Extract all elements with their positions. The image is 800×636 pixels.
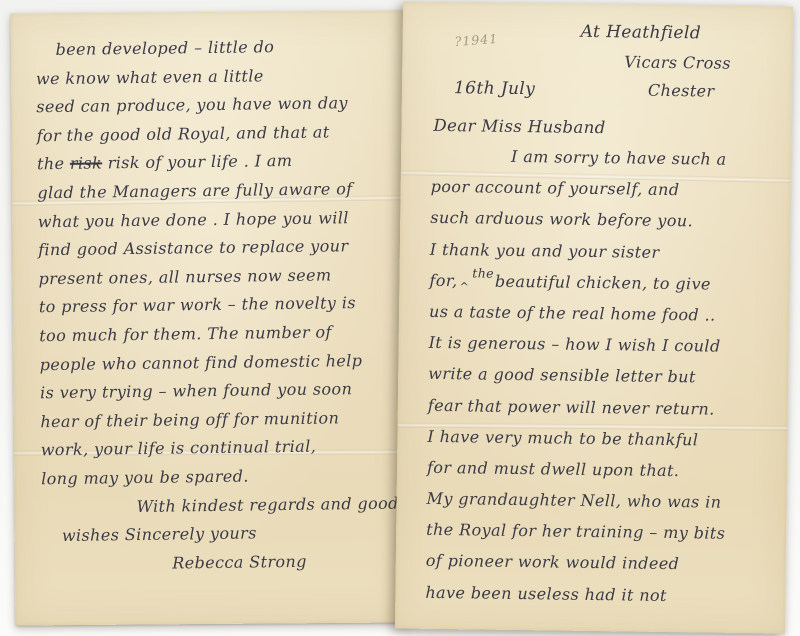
letter-line: present ones, all nurses now seem bbox=[38, 264, 393, 297]
letter-line: find good Assistance to replace your bbox=[38, 236, 393, 269]
letter-body-left: been developed – little do we know what … bbox=[35, 36, 397, 584]
letter-scan: been developed – little do we know what … bbox=[0, 0, 800, 636]
letter-line: we know what even a little bbox=[36, 64, 391, 97]
inserted-word: the bbox=[472, 265, 494, 280]
letter-line: It is generous – how I wish I could bbox=[428, 333, 778, 369]
letter-date: 16th July bbox=[454, 78, 535, 99]
letter-line: what you have done . I hope you will bbox=[38, 207, 393, 240]
letter-line: I am sorry to have such a bbox=[431, 146, 781, 182]
pencil-date-annotation: ?1941 bbox=[454, 31, 499, 49]
letter-line: us a taste of the real home food .. bbox=[429, 302, 779, 338]
letter-line: My grandaughter Nell, who was in bbox=[426, 489, 776, 525]
letter-line: of pioneer work would indeed bbox=[426, 551, 776, 587]
letter-line: long may you be spared. bbox=[41, 465, 396, 498]
letter-line: fear that power will never return. bbox=[428, 395, 778, 431]
letter-page-right: ?1941 At Heathfield Vicars Cross Chester… bbox=[395, 1, 793, 633]
letter-line: glad the Managers are fully aware of bbox=[37, 179, 392, 212]
address-line: Chester bbox=[648, 81, 715, 101]
line-fragment: for, bbox=[429, 271, 457, 290]
letter-line-with-insertion: for,^thebeautiful chicken, to give bbox=[429, 271, 779, 307]
line-fragment: beautiful chicken, to give bbox=[495, 271, 711, 293]
letter-line: the Royal for her training – my bits bbox=[426, 520, 776, 556]
salutation: Dear Miss Husband bbox=[433, 116, 605, 137]
letter-line: been developed – little do bbox=[35, 36, 390, 69]
letter-line-strikethrough: the risk risk of your life . I am bbox=[37, 150, 392, 183]
insertion-caret: ^ bbox=[459, 280, 469, 293]
letter-line: seed can produce, you have won day bbox=[36, 93, 391, 126]
letter-line: I have very much to be thankful bbox=[427, 427, 777, 463]
address-line: At Heathfield bbox=[581, 22, 702, 44]
address-line: Vicars Cross bbox=[624, 52, 731, 72]
letter-closing-line: With kindest regards and good bbox=[41, 493, 396, 526]
letter-line: for the good old Royal, and that at bbox=[37, 121, 392, 154]
letter-line: such arduous work before you. bbox=[430, 208, 780, 244]
letter-line: work, your life is continual trial, bbox=[41, 436, 396, 469]
letter-body-right: I am sorry to have such a poor account o… bbox=[425, 146, 781, 618]
letter-line: people who cannot find domestic help bbox=[40, 350, 395, 383]
letter-line: have been useless had it not bbox=[425, 582, 775, 618]
line-fragment: the bbox=[37, 154, 70, 173]
letter-line: poor account of yourself, and bbox=[430, 177, 780, 213]
line-fragment: risk of your life . I am bbox=[102, 151, 292, 172]
letter-line: to press for war work – the novelty is bbox=[39, 293, 394, 326]
letter-closing-line: wishes Sincerely yours bbox=[42, 522, 397, 555]
signature: Rebecca Strong bbox=[42, 550, 397, 583]
letter-line: is very trying – when found you soon bbox=[40, 379, 395, 412]
struck-out-word: risk bbox=[70, 154, 103, 173]
letter-page-left: been developed – little do we know what … bbox=[11, 10, 411, 625]
letter-line: too much for them. The number of bbox=[39, 322, 394, 355]
letter-line: write a good sensible letter but bbox=[428, 364, 778, 400]
letter-line: for and must dwell upon that. bbox=[427, 458, 777, 494]
letter-line: hear of their being off for munition bbox=[40, 407, 395, 440]
